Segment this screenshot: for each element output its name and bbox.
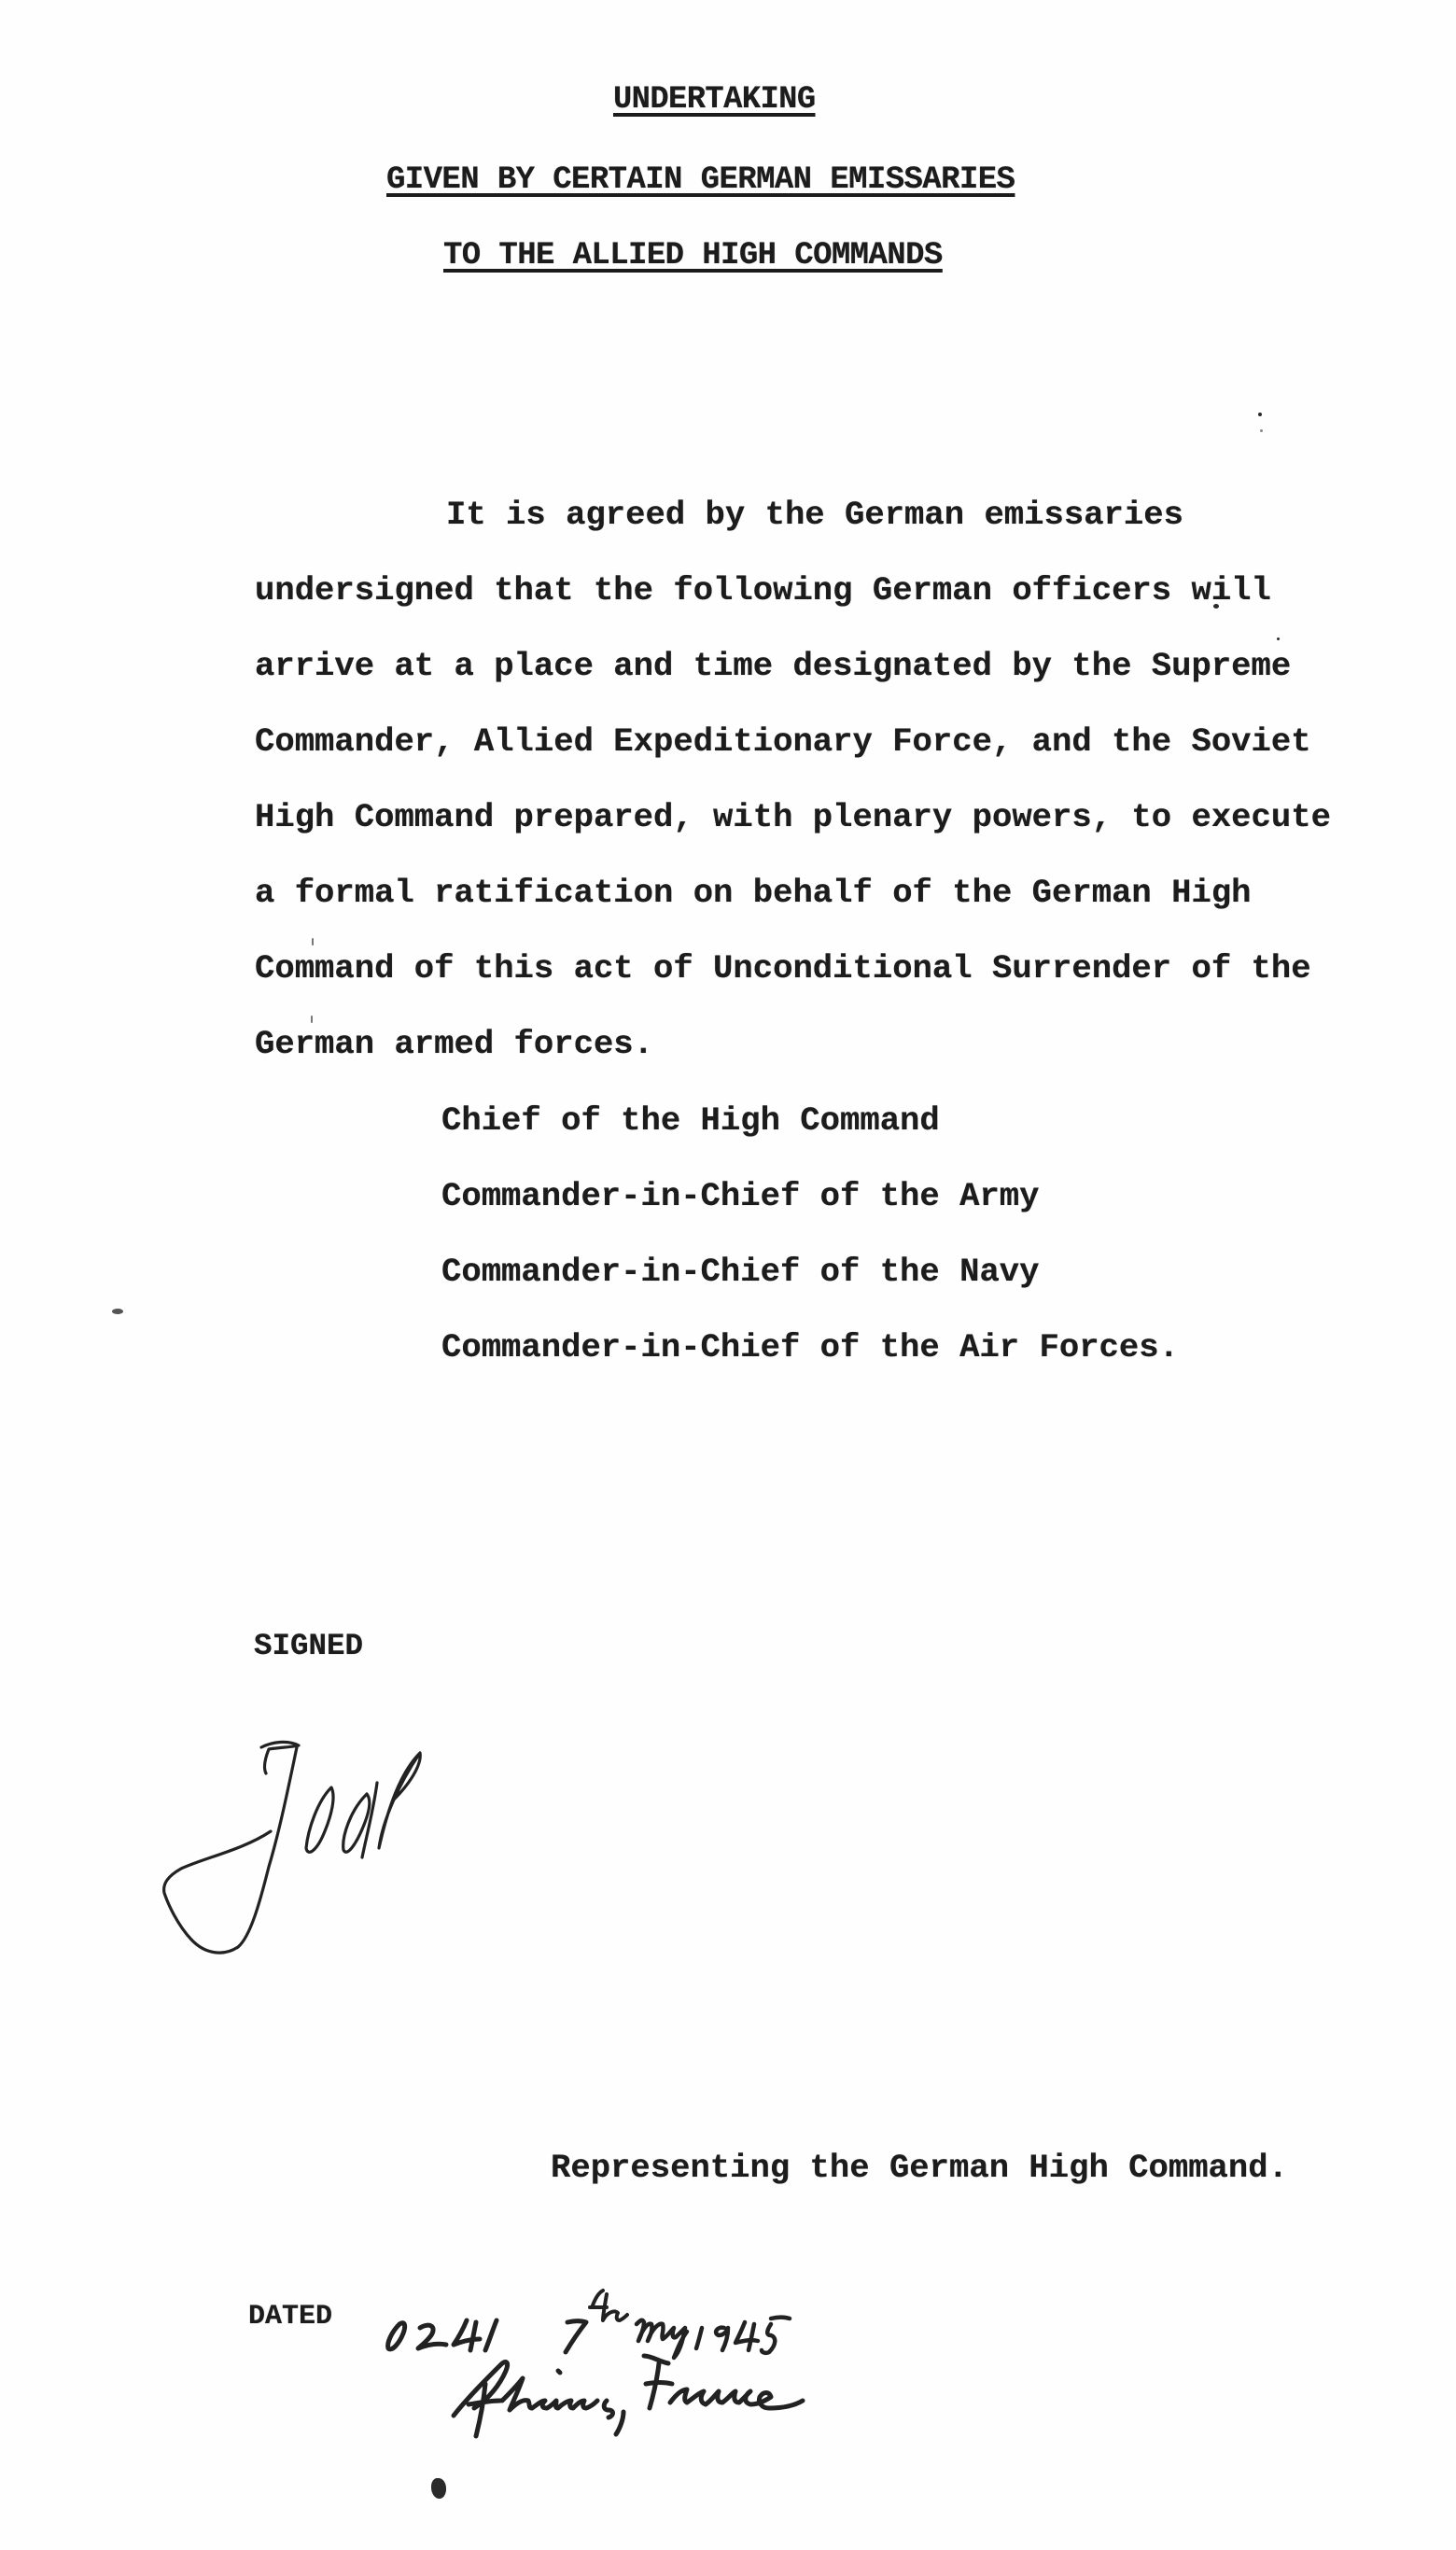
title-to-allied: TO THE ALLIED HIGH COMMANDS — [443, 238, 943, 273]
handwritten-place — [448, 2343, 1008, 2455]
signed-label: SIGNED — [254, 1629, 363, 1663]
officer-item: Commander-in-Chief of the Air Forces. — [441, 1331, 1179, 1365]
body-line: High Command prepared, with plenary powe… — [255, 801, 1331, 834]
officer-item: Commander-in-Chief of the Army — [441, 1180, 1040, 1213]
body-line: a formal ratification on behalf of the G… — [255, 876, 1252, 910]
body-line: Commander, Allied Expeditionary Force, a… — [255, 725, 1311, 759]
officer-item: Commander-in-Chief of the Navy — [441, 1255, 1040, 1289]
ink-speck — [112, 1309, 123, 1314]
body-line: German armed forces. — [255, 1028, 653, 1061]
document-page: UNDERTAKING GIVEN BY CERTAIN GERMAN EMIS… — [0, 0, 1456, 2550]
ink-speck — [311, 1016, 313, 1023]
ink-speck — [431, 2478, 446, 2499]
ink-speck — [1213, 604, 1219, 609]
body-line: Command of this act of Unconditional Sur… — [255, 952, 1311, 986]
title-undertaking: UNDERTAKING — [613, 82, 816, 118]
ink-speck — [1277, 637, 1280, 640]
ink-speck — [1258, 413, 1262, 416]
body-line: undersigned that the following German of… — [255, 574, 1271, 608]
officer-item: Chief of the High Command — [441, 1104, 940, 1138]
body-line: It is agreed by the German emissaries — [446, 498, 1183, 532]
title-given-by: GIVEN BY CERTAIN GERMAN EMISSARIES — [386, 162, 1015, 198]
signature-jodl — [149, 1727, 485, 1969]
dated-label: DATED — [248, 2301, 332, 2333]
body-line: arrive at a place and time designated by… — [255, 650, 1291, 683]
representing-line: Representing the German High Command. — [551, 2151, 1288, 2185]
ink-speck — [1260, 429, 1263, 432]
ink-speck — [312, 938, 314, 946]
